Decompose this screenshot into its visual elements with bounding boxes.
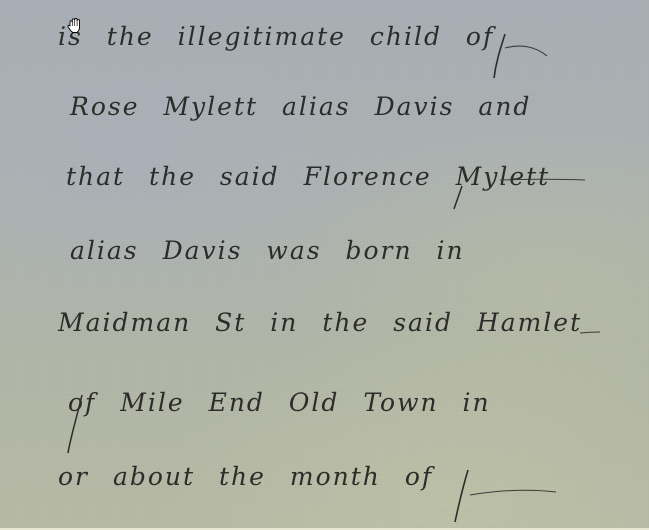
handwritten-line-7: or about the month of xyxy=(58,462,433,491)
handwritten-line-2: Rose Mylett alias Davis and xyxy=(70,92,531,121)
document-scan[interactable]: is the illegitimate child of Rose Mylett… xyxy=(0,0,649,530)
paper-texture xyxy=(0,0,649,530)
handwritten-line-5: Maidman St in the said Hamlet xyxy=(58,308,582,337)
handwritten-line-4: alias Davis was born in xyxy=(70,236,465,265)
ink-flourish-strokes xyxy=(0,0,649,530)
handwritten-line-6: of Mile End Old Town in xyxy=(68,388,491,417)
hand-pan-cursor-icon xyxy=(66,17,84,35)
handwritten-line-1: is the illegitimate child of xyxy=(58,22,494,51)
handwritten-line-3: that the said Florence Mylett xyxy=(66,162,550,191)
